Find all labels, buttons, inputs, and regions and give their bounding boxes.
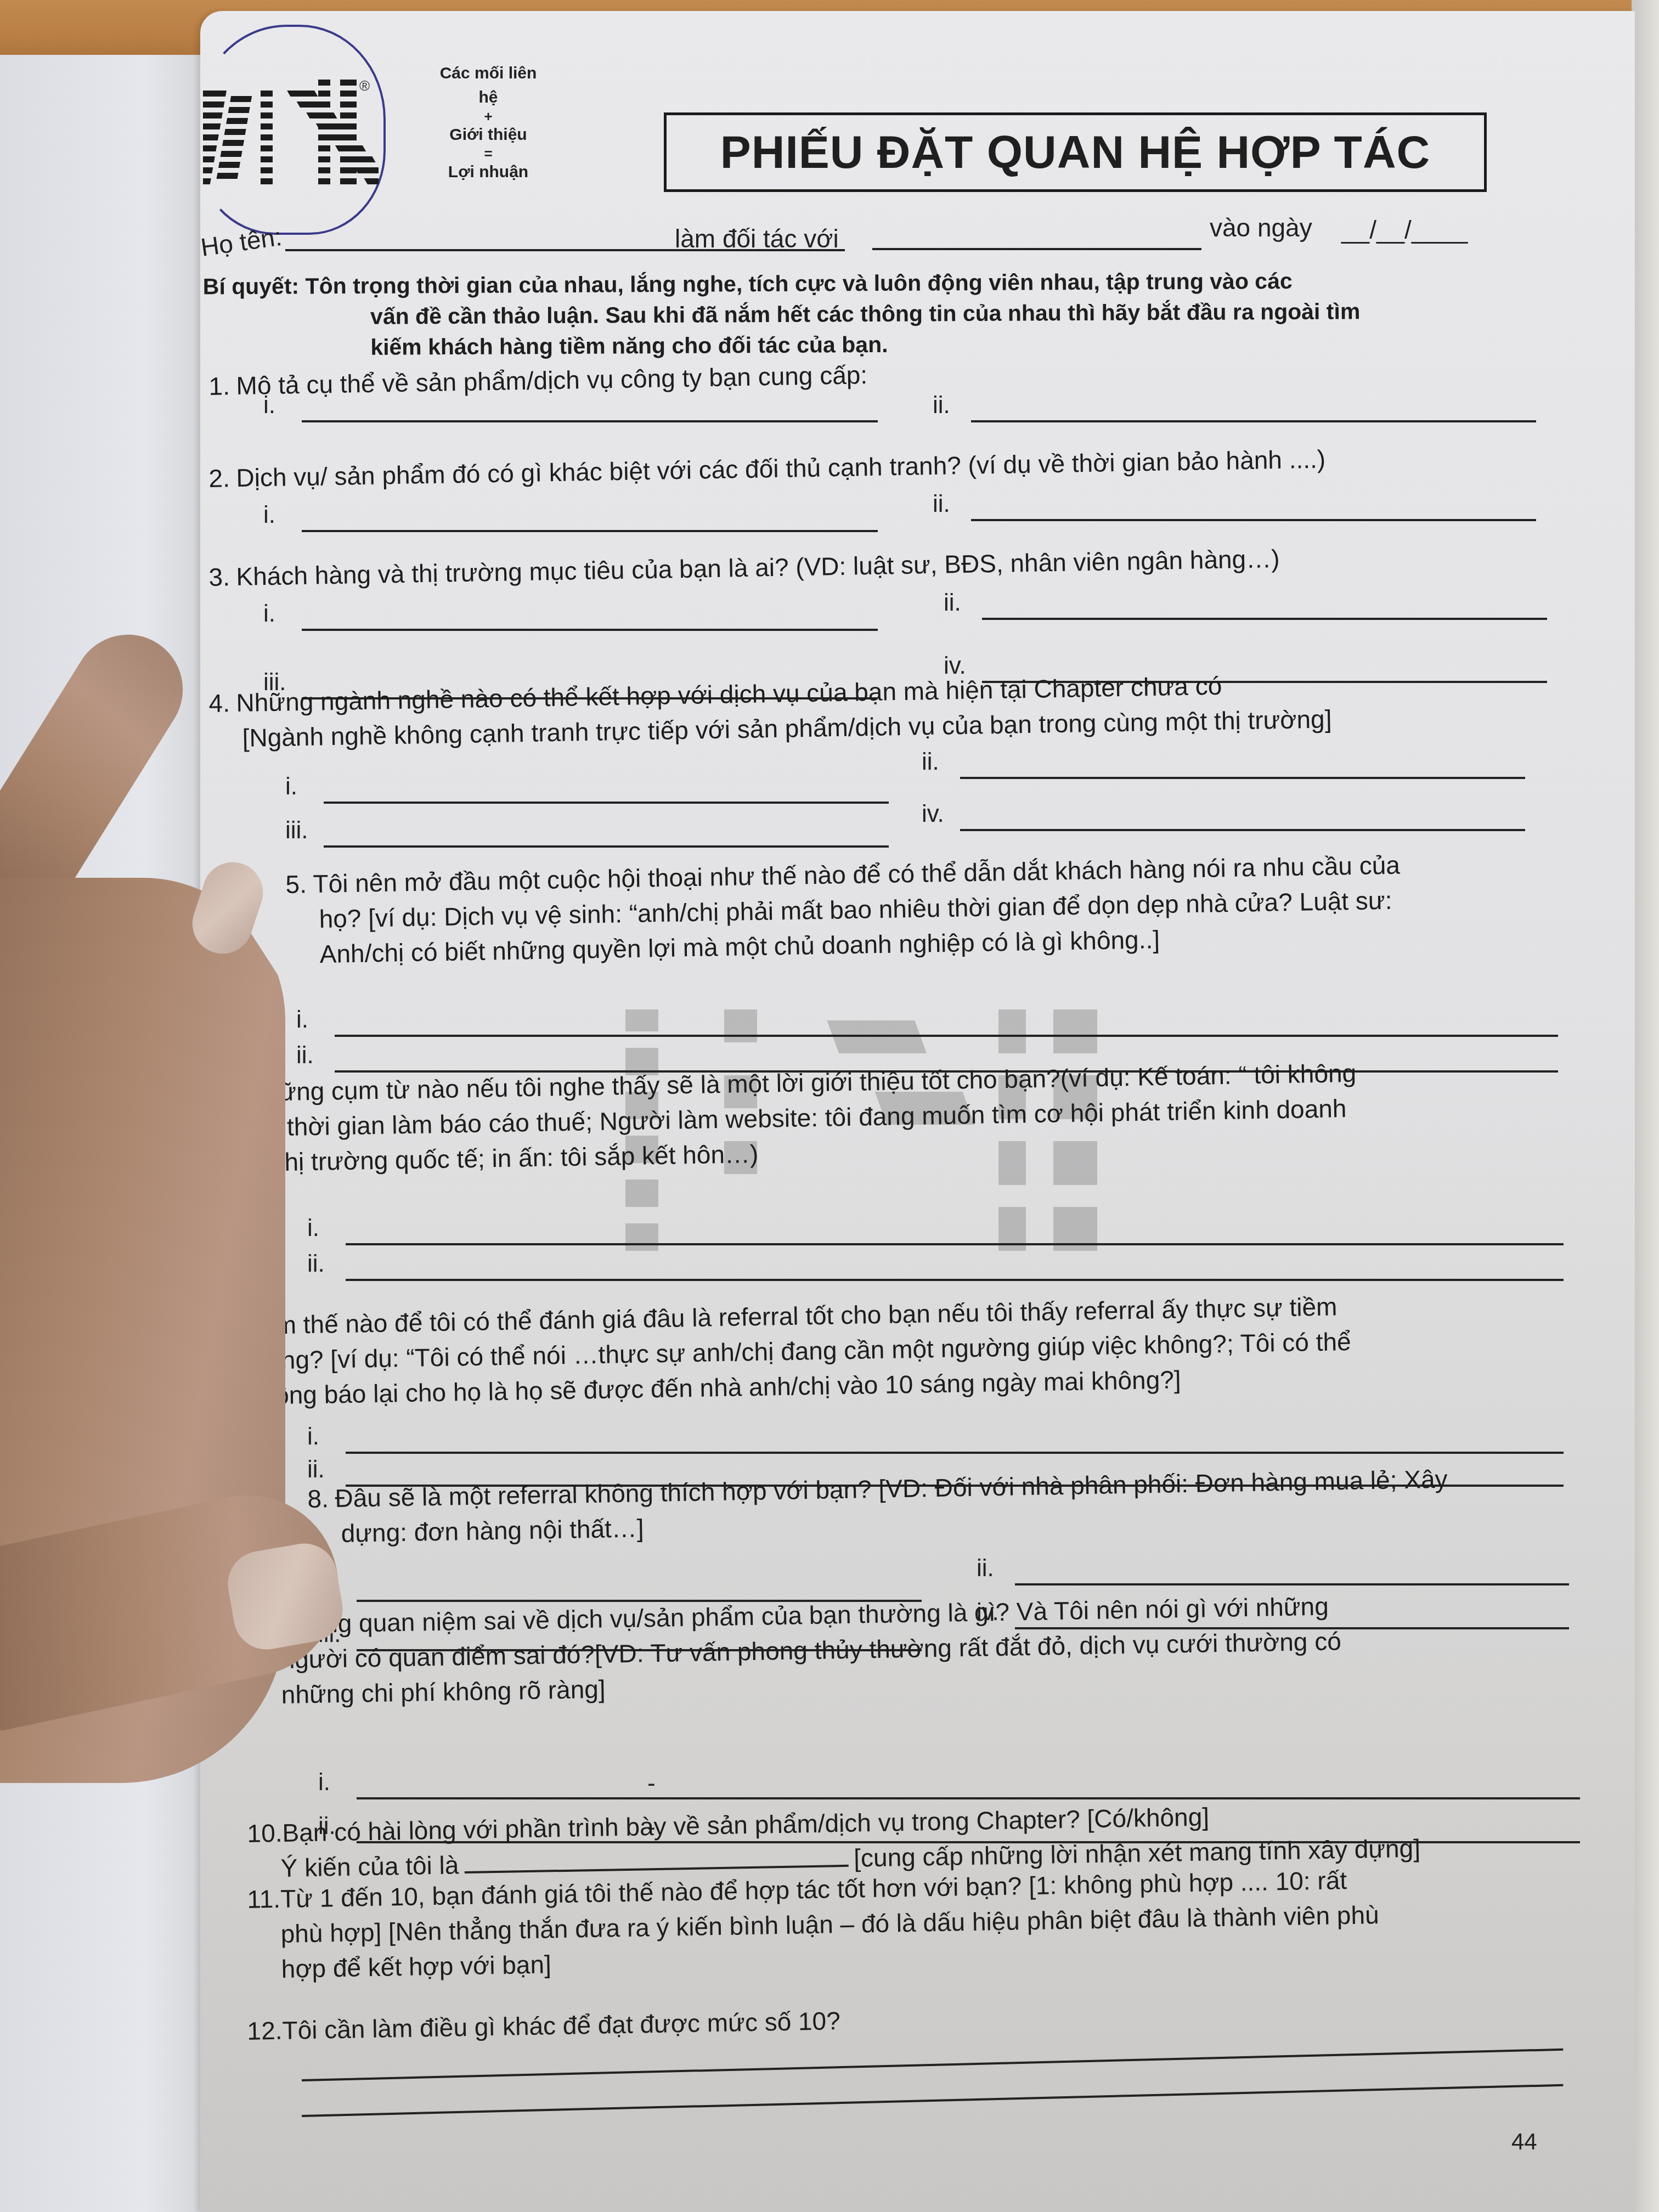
answer-line[interactable] — [960, 777, 1525, 779]
name-label: Họ tên: — [199, 222, 283, 262]
question-5: 5.Tôi nên mở đầu một cuộc hội thoại như … — [285, 845, 1549, 972]
book-edge — [1632, 0, 1659, 2212]
answer-label: i. — [307, 1423, 319, 1451]
answer-label: i. — [263, 392, 275, 419]
answer-field-2-2[interactable]: ii. — [933, 488, 1536, 521]
answer-label: ii. — [933, 490, 950, 518]
name-row: Họ tên: làm đối tác với vào ngày __/__/_… — [203, 214, 1487, 263]
answer-field-4-3[interactable]: iii. — [285, 815, 889, 848]
tips-lead: Bí quyết: — [203, 273, 300, 299]
answer-line[interactable] — [302, 420, 878, 422]
page-number: 44 — [1511, 2129, 1537, 2155]
answer-label: i. — [263, 501, 275, 529]
question-number: 5. — [285, 866, 313, 902]
svg-text:®: ® — [359, 77, 370, 94]
answer-field-4-1[interactable]: i. — [285, 771, 889, 804]
date-field[interactable]: __/__/____ — [1341, 215, 1468, 245]
bni-logo-icon: ® — [203, 69, 379, 195]
date-label: vào ngày — [1210, 213, 1312, 242]
question-number: 12. — [247, 2013, 283, 2049]
answer-field-6-2[interactable]: ii. — [307, 1248, 1564, 1281]
answer-label: ii. — [977, 1555, 994, 1582]
answer-label: ii. — [307, 1456, 325, 1483]
bni-motto: Các mối liên hệ + Giới thiệu = Lợi nhuận — [433, 61, 543, 184]
question-number: 2. — [208, 460, 236, 496]
partner-field[interactable] — [872, 248, 1201, 250]
answer-label: i. — [285, 773, 297, 800]
answer-label: ii. — [933, 392, 950, 419]
answer-label: i. — [307, 1215, 319, 1242]
answer-field-1-2[interactable]: ii. — [933, 390, 1536, 422]
question-number: 1. — [208, 368, 236, 404]
answer-label: ii. — [307, 1250, 325, 1278]
motto-equals: = — [433, 147, 543, 160]
answer-line[interactable] — [302, 530, 878, 532]
tips-line-1: Tôn trọng thời gian của nhau, lắng nghe,… — [305, 268, 1292, 298]
answer-field-1-1[interactable]: i. — [263, 390, 878, 422]
answer-line[interactable] — [982, 618, 1547, 620]
answer-field-3-1[interactable]: i. — [263, 598, 878, 631]
answer-line[interactable] — [971, 420, 1536, 422]
answer-field-9-1[interactable]: i.- — [318, 1767, 1580, 1799]
question-number: 10. — [247, 1815, 283, 1851]
page-title: PHIẾU ĐẶT QUAN HỆ HỢP TÁC — [720, 126, 1431, 179]
answer-label: ii. — [922, 748, 939, 776]
answer-line[interactable] — [324, 845, 889, 848]
answer-field-7-1[interactable]: i. — [307, 1421, 1564, 1454]
answer-line[interactable] — [324, 802, 889, 804]
answer-field-4-4[interactable]: iv. — [922, 798, 1525, 831]
answer-label: ii. — [296, 1042, 314, 1069]
answer-line[interactable] — [335, 1035, 1558, 1037]
motto-line-1: Các mối liên hệ — [433, 61, 543, 110]
opinion-label: Ý kiến của tôi là — [280, 1850, 459, 1882]
question-number: 4. — [208, 685, 236, 721]
answer-label: i. — [318, 1769, 330, 1796]
question-number: 8. — [307, 1481, 335, 1516]
answer-separator: - — [647, 1770, 656, 1797]
motto-plus: + — [433, 110, 543, 123]
answer-label: ii. — [944, 589, 961, 617]
answer-field-3-2[interactable]: ii. — [944, 587, 1547, 620]
opinion-field[interactable] — [464, 1843, 849, 1874]
answer-label: i. — [263, 600, 275, 628]
answer-field-8-2[interactable]: ii. — [977, 1553, 1569, 1585]
question-number: 3. — [208, 559, 236, 595]
question-number: 11. — [247, 1881, 281, 1917]
answer-field-5-1[interactable]: i. — [296, 1004, 1558, 1037]
motto-line-3: Lợi nhuận — [433, 160, 543, 184]
answer-label: i. — [296, 1006, 308, 1034]
answer-field-2-1[interactable]: i. — [263, 499, 878, 532]
answer-label: iii. — [285, 817, 308, 844]
answer-line[interactable] — [302, 629, 878, 631]
title-box: PHIẾU ĐẶT QUAN HỆ HỢP TÁC — [664, 112, 1487, 192]
motto-line-2: Giới thiệu — [433, 123, 543, 147]
answer-line[interactable] — [971, 519, 1536, 521]
answer-field-6-1[interactable]: i. — [307, 1212, 1564, 1245]
question-text: Tôi cần làm điều gì khác để đạt được mức… — [282, 2006, 840, 2045]
answer-field-4-2[interactable]: ii. — [922, 746, 1525, 779]
answer-line[interactable] — [346, 1279, 1564, 1281]
answer-line[interactable] — [960, 829, 1525, 831]
answer-line[interactable] — [346, 1243, 1564, 1245]
answer-label: iv. — [922, 800, 944, 828]
answer-line[interactable] — [1015, 1583, 1569, 1585]
partner-label: làm đối tác với — [675, 224, 839, 253]
